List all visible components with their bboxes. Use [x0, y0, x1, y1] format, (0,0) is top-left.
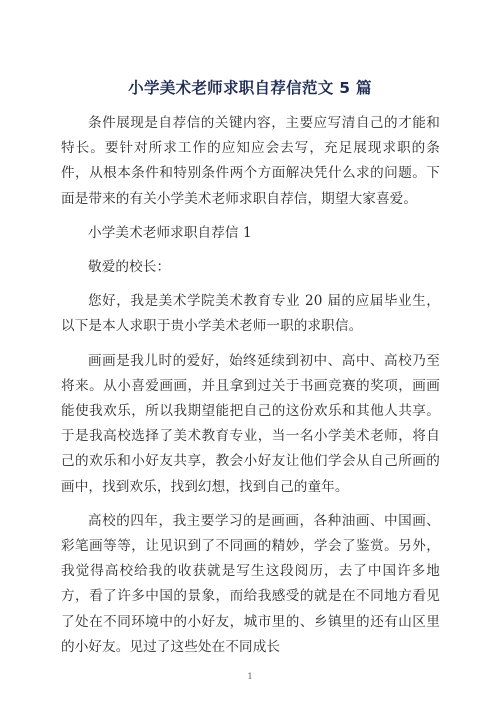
- document-page: 小学美术老师求职自荐信范文 5 篇 条件展现是自荐信的关键内容，主要应写清自己的…: [0, 0, 500, 707]
- paragraph-hobby: 画画是我儿时的爱好，始终延续到初中、高中、高校乃至将来。从小喜爱画画，并且拿到过…: [61, 349, 440, 500]
- letter-heading: 小学美术老师求职自荐信 1: [61, 221, 440, 246]
- paragraph-greeting: 您好，我是美术学院美术教育专业 20 届的应届毕业生，以下是本人求职于贵小学美术…: [61, 289, 440, 339]
- document-title: 小学美术老师求职自荐信范文 5 篇: [0, 76, 500, 98]
- page-number: 1: [0, 672, 500, 681]
- paragraph-university: 高校的四年，我主要学习的是画画，各种油画、中国画、彩笔画等等，让见识到了不同画的…: [61, 509, 440, 660]
- paragraph-intro: 条件展现是自荐信的关键内容，主要应写清自己的才能和特长。要针对所求工作的应知应会…: [61, 111, 440, 212]
- document-body: 条件展现是自荐信的关键内容，主要应写清自己的才能和特长。要针对所求工作的应知应会…: [61, 111, 440, 669]
- letter-salutation: 敬爱的校长：: [61, 255, 440, 280]
